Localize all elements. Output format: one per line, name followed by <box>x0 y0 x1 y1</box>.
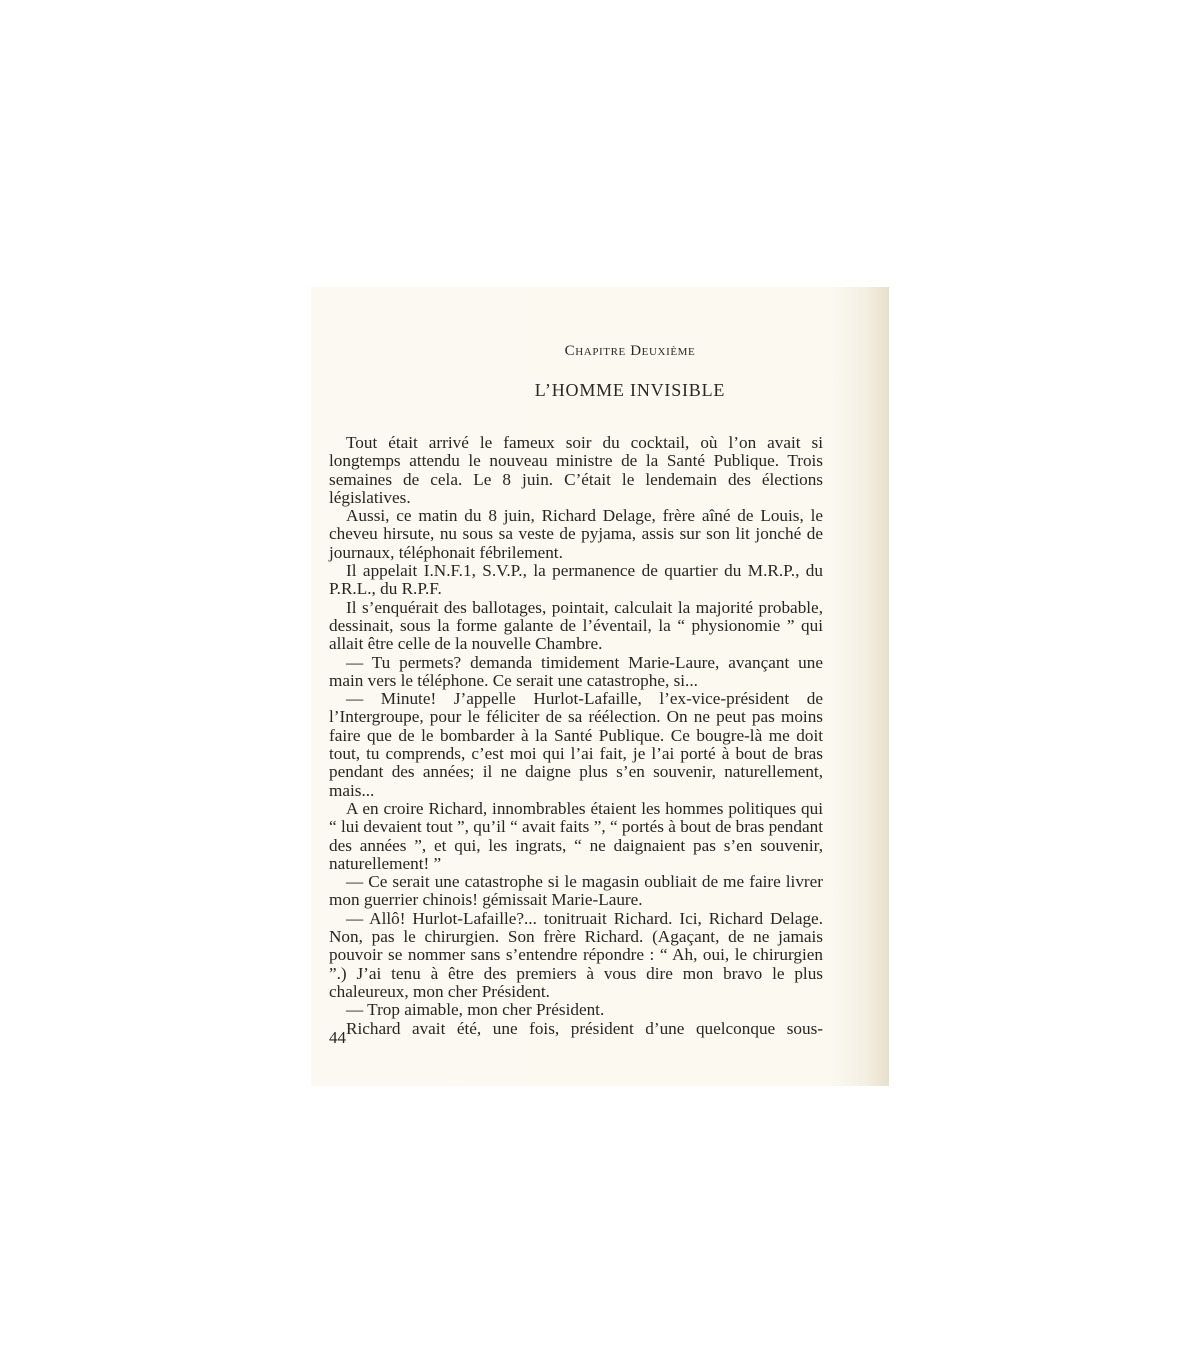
book-page: Chapitre Deuxième L’HOMME INVISIBLE Tout… <box>311 287 889 1086</box>
paragraph: Il s’enquérait des ballotages, pointait,… <box>329 599 823 654</box>
paragraph: — Ce serait une catastrophe si le magasi… <box>329 873 823 910</box>
paragraph: A en croire Richard, innombrables étaien… <box>329 800 823 873</box>
paragraph: — Tu permets? demanda timidement Marie-L… <box>329 654 823 691</box>
paragraph: — Allô! Hurlot-Lafaille?... tonitruait R… <box>329 910 823 1001</box>
body-text: Tout était arrivé le fameux soir du cock… <box>329 434 823 1038</box>
paragraph: Aussi, ce matin du 8 juin, Richard Delag… <box>329 507 823 562</box>
chapter-title: L’HOMME INVISIBLE <box>311 380 889 401</box>
page-number: 44 <box>329 1028 346 1048</box>
paragraph: Il appelait I.N.F.1, S.V.P., la permanen… <box>329 562 823 599</box>
paragraph: — Minute! J’appelle Hurlot-Lafaille, l’e… <box>329 690 823 800</box>
paragraph: Tout était arrivé le fameux soir du cock… <box>329 434 823 507</box>
paragraph: Richard avait été, une fois, président d… <box>329 1020 823 1038</box>
chapter-label: Chapitre Deuxième <box>311 343 889 360</box>
paragraph: — Trop aimable, mon cher Président. <box>329 1001 823 1019</box>
